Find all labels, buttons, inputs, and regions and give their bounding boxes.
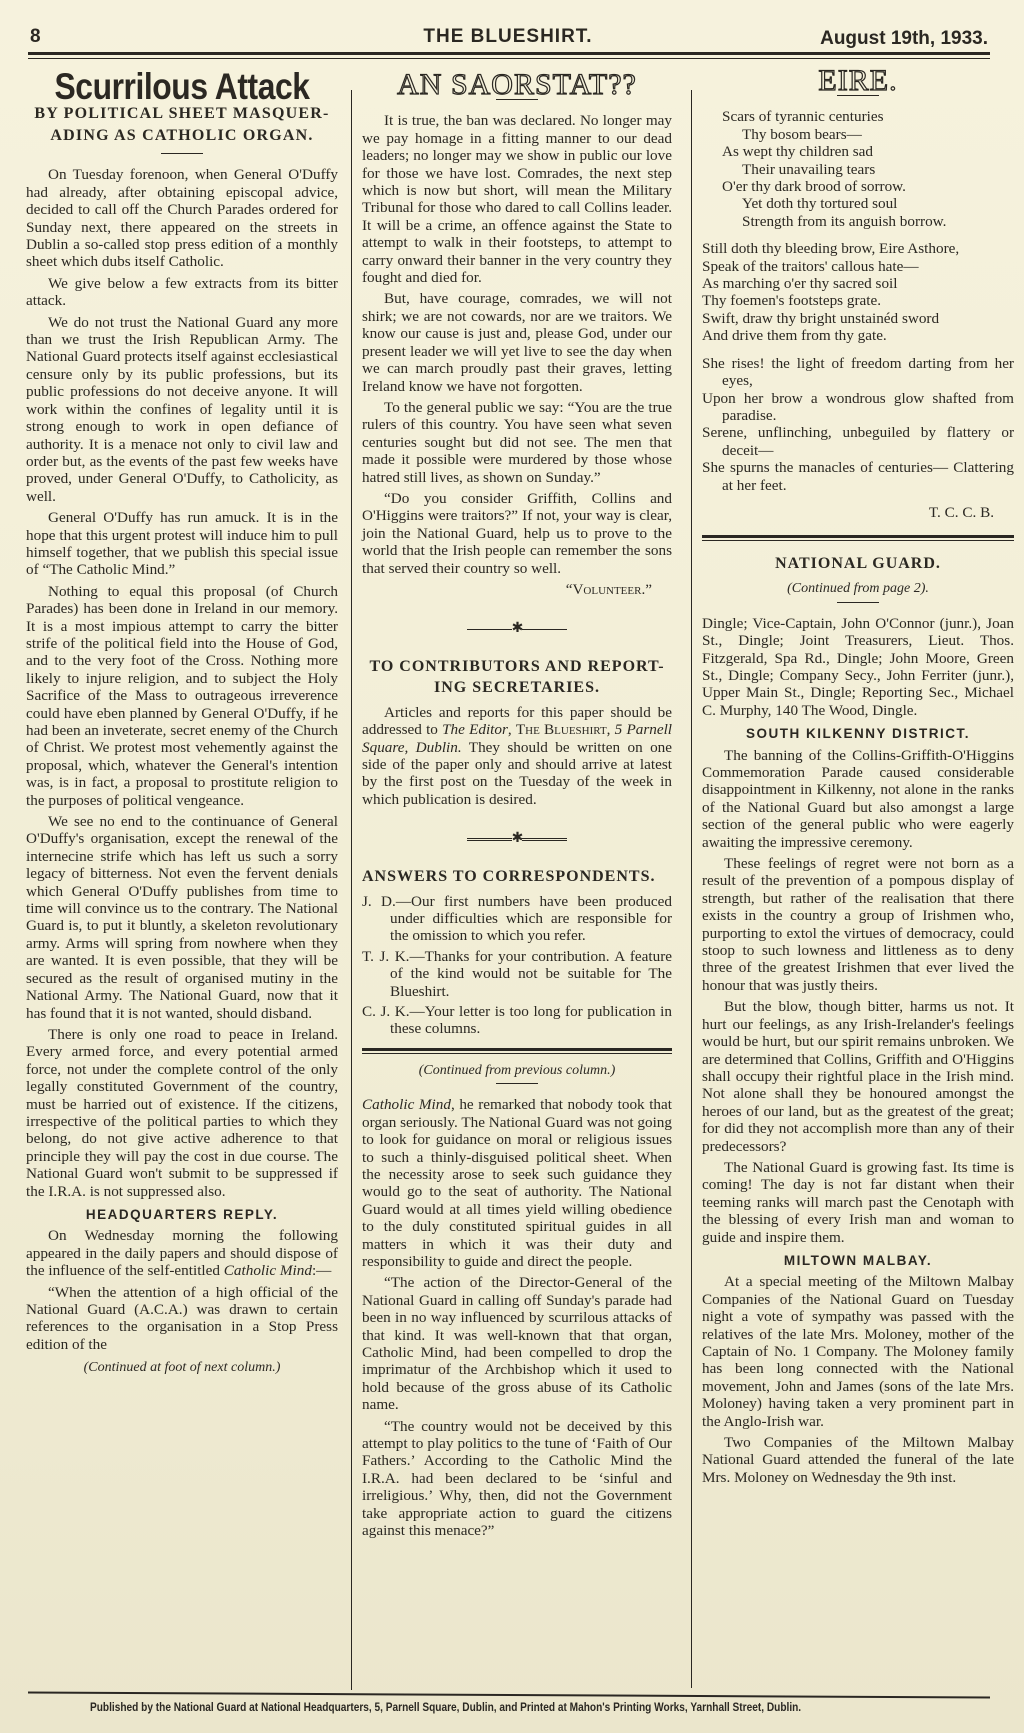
section-rule	[362, 1048, 672, 1054]
poem-title: EIRE.	[702, 72, 1014, 89]
article-headline: AN SAORSTAT??	[362, 76, 672, 93]
footer-rule	[28, 1691, 990, 1698]
star-icon: ✱	[512, 621, 523, 636]
column-2: AN SAORSTAT?? It is true, the ban was de…	[362, 60, 672, 1543]
answer-item: T. J. K.—Thanks for your contribution. A…	[362, 948, 672, 1000]
paragraph: At a special meeting of the Miltown Malb…	[702, 1273, 1014, 1430]
paragraph: But, have courage, comrades, we will not…	[362, 290, 672, 394]
answer-item: J. D.—Our first numbers have been produc…	[362, 893, 672, 945]
paragraph: On Wednesday morning the following appea…	[26, 1227, 338, 1279]
paragraph: We do not trust the National Guard any m…	[26, 314, 338, 505]
continued-note: (Continued from previous column.)	[362, 1062, 672, 1079]
stanza: She rises! the light of freedom darting …	[702, 355, 1014, 494]
paragraph: “When the attention of a high official o…	[26, 1284, 338, 1354]
newspaper-page: 8 THE BLUESHIRT. August 19th, 1933. Scur…	[0, 0, 1024, 1733]
article-subheadline: BY POLITICAL SHEET MASQUER- ADING AS CAT…	[26, 103, 338, 147]
stanza: Scars of tyrannic centuries Thy bosom be…	[702, 108, 1014, 230]
signature: “Volunteer.”	[362, 581, 652, 598]
paragraph: Articles and reports for this paper shou…	[362, 704, 672, 808]
paragraph: The banning of the Collins-Griffith-O'Hi…	[702, 747, 1014, 851]
section-heading: HEADQUARTERS REPLY.	[26, 1206, 338, 1223]
divider	[837, 602, 879, 603]
publisher-imprint: Published by the National Guard at Natio…	[90, 1702, 882, 1714]
star-icon: ✱	[512, 831, 523, 846]
paragraph: We give below a few extracts from its bi…	[26, 275, 338, 310]
divider	[496, 1083, 538, 1084]
paragraph: These feelings of regret were not born a…	[702, 855, 1014, 994]
article-headline: Scurrilous Attack	[48, 78, 316, 95]
poem: Scars of tyrannic centuries Thy bosom be…	[702, 108, 1014, 521]
stanza: Still doth thy bleeding brow, Eire Astho…	[702, 240, 1014, 344]
paragraph: “The country would not be deceived by th…	[362, 1418, 672, 1540]
paragraph: Nothing to equal this proposal (of Churc…	[26, 583, 338, 809]
paragraph: But the blow, though bitter, harms us no…	[702, 998, 1014, 1155]
paragraph: Catholic Mind, he remarked that nobody t…	[362, 1096, 672, 1270]
star-divider: ✱	[362, 620, 672, 637]
paragraph: On Tuesday forenoon, when General O'Duff…	[26, 166, 338, 270]
issue-date: August 19th, 1933.	[820, 28, 988, 50]
column-1: Scurrilous Attack BY POLITICAL SHEET MAS…	[26, 60, 338, 1377]
section-heading: MILTOWN MALBAY.	[702, 1252, 1014, 1269]
section-heading: TO CONTRIBUTORS AND REPORT- ING SECRETAR…	[362, 656, 672, 698]
section-heading: NATIONAL GUARD.	[702, 553, 1014, 574]
paragraph: General O'Duffy has run amuck. It is in …	[26, 509, 338, 579]
paragraph: It is true, the ban was declared. No lon…	[362, 112, 672, 286]
divider	[161, 153, 203, 154]
column-divider	[691, 90, 692, 1688]
column-3: EIRE. Scars of tyrannic centuries Thy bo…	[702, 60, 1014, 1490]
paragraph: “Do you consider Griffith, Collins and O…	[362, 490, 672, 577]
answer-item: C. J. K.—Your letter is too long for pub…	[362, 1003, 672, 1038]
masthead-rule	[28, 52, 990, 59]
paragraph: To the general public we say: “You are t…	[362, 399, 672, 486]
paragraph: We see no end to the continuance of Gene…	[26, 813, 338, 1022]
paragraph: The National Guard is growing fast. Its …	[702, 1159, 1014, 1246]
paragraph: “The action of the Director-General of t…	[362, 1274, 672, 1413]
column-divider	[351, 90, 352, 1690]
star-divider: ✱	[362, 830, 672, 847]
paragraph: Two Companies of the Miltown Malbay Nati…	[702, 1434, 1014, 1486]
section-heading: ANSWERS TO CORRESPONDENTS.	[362, 866, 672, 887]
poem-signature: T. C. C. B.	[702, 504, 994, 521]
masthead: 8 THE BLUESHIRT. August 19th, 1933.	[28, 22, 988, 50]
continued-note: (Continued at foot of next column.)	[26, 1359, 338, 1376]
section-rule	[702, 535, 1014, 541]
section-heading: SOUTH KILKENNY DISTRICT.	[702, 725, 1014, 742]
paragraph: Dingle; Vice-Captain, John O'Connor (jun…	[702, 615, 1014, 719]
continued-note: (Continued from page 2).	[702, 580, 1014, 597]
paragraph: There is only one road to peace in Irela…	[26, 1026, 338, 1200]
